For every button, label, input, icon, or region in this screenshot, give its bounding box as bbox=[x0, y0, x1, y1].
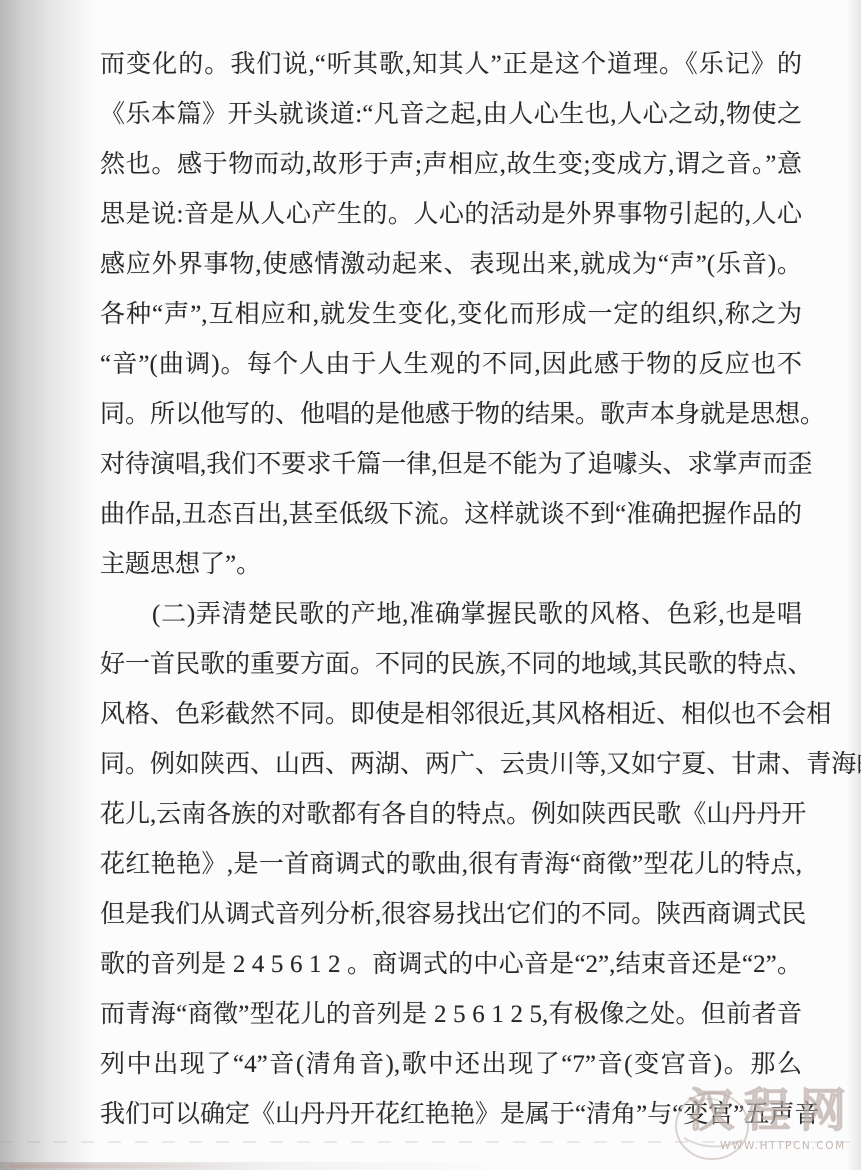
text-line: 各种“声”,互相应和,就发生变化,变化而形成一定的组织,称之为 bbox=[100, 290, 802, 340]
text-line: 感应外界事物,使感情激动起来、表现出来,就成为“声”(乐音)。 bbox=[100, 240, 802, 290]
text-line: 然也。感于物而动,故形于声;声相应,故生变;变成方,谓之音。”意 bbox=[100, 140, 802, 190]
text-line: 但是我们从调式音列分析,很容易找出它们的不同。陕西商调式民 bbox=[100, 890, 802, 940]
page-right-edge bbox=[847, 0, 861, 1170]
text-line: 我们可以确定《山丹丹开花红艳艳》是属于“清角”与“变宫”五声音 bbox=[100, 1090, 802, 1140]
text-line: 同。所以他写的、他唱的是他感于物的结果。歌声本身就是思想。 bbox=[100, 390, 802, 440]
text-line: 风格、色彩截然不同。即使是相邻很近,其风格相近、相似也不会相 bbox=[100, 690, 802, 740]
text-line: 而变化的。我们说,“听其歌,知其人”正是这个道理。《乐记》的 bbox=[100, 40, 802, 90]
text-line: “音”(曲调)。每个人由于人生观的不同,因此感于物的反应也不 bbox=[100, 340, 802, 390]
text-line: 花儿,云南各族的对歌都有各自的特点。例如陕西民歌《山丹丹开 bbox=[100, 790, 802, 840]
page-text: 而变化的。我们说,“听其歌,知其人”正是这个道理。《乐记》的《乐本篇》开头就谈道… bbox=[100, 40, 802, 1140]
text-line: 思是说:音是从人心产生的。人心的活动是外界事物引起的,人心 bbox=[100, 190, 802, 240]
text-line: 同。例如陕西、山西、两湖、两广、云贵川等,又如宁夏、甘肃、青海的 bbox=[100, 740, 802, 790]
text-line: 主题思想了”。 bbox=[100, 540, 802, 590]
text-line: 对待演唱,我们不要求千篇一律,但是不能为了追噱头、求掌声而歪 bbox=[100, 440, 802, 490]
book-page: 而变化的。我们说,“听其歌,知其人”正是这个道理。《乐记》的《乐本篇》开头就谈道… bbox=[0, 0, 861, 1170]
text-line: 《乐本篇》开头就谈道:“凡音之起,由人心生也,人心之动,物使之 bbox=[100, 90, 802, 140]
text-line: 好一首民歌的重要方面。不同的民族,不同的地域,其民歌的特点、 bbox=[100, 640, 802, 690]
scan-noise-line bbox=[0, 1141, 861, 1143]
text-line: 列中出现了“4”音(清角音),歌中还出现了“7”音(变宫音)。那么 bbox=[100, 1040, 802, 1090]
text-line: (二)弄清楚民歌的产地,准确掌握民歌的风格、色彩,也是唱 bbox=[100, 590, 802, 640]
page-gutter-shadow bbox=[0, 0, 95, 1170]
text-line: 花红艳艳》,是一首商调式的歌曲,很有青海“商徵”型花儿的特点, bbox=[100, 840, 802, 890]
text-line: 而青海“商徵”型花儿的音列是 2 5 6 1 2 5,有极像之处。但前者音 bbox=[100, 990, 802, 1040]
scan-smudge-artifact bbox=[10, 1164, 240, 1168]
text-line: 曲作品,丑态百出,甚至低级下流。这样就谈不到“准确把握作品的 bbox=[100, 490, 802, 540]
text-line: 歌的音列是 2 4 5 6 1 2 。商调式的中心音是“2”,结束音还是“2”。 bbox=[100, 940, 802, 990]
